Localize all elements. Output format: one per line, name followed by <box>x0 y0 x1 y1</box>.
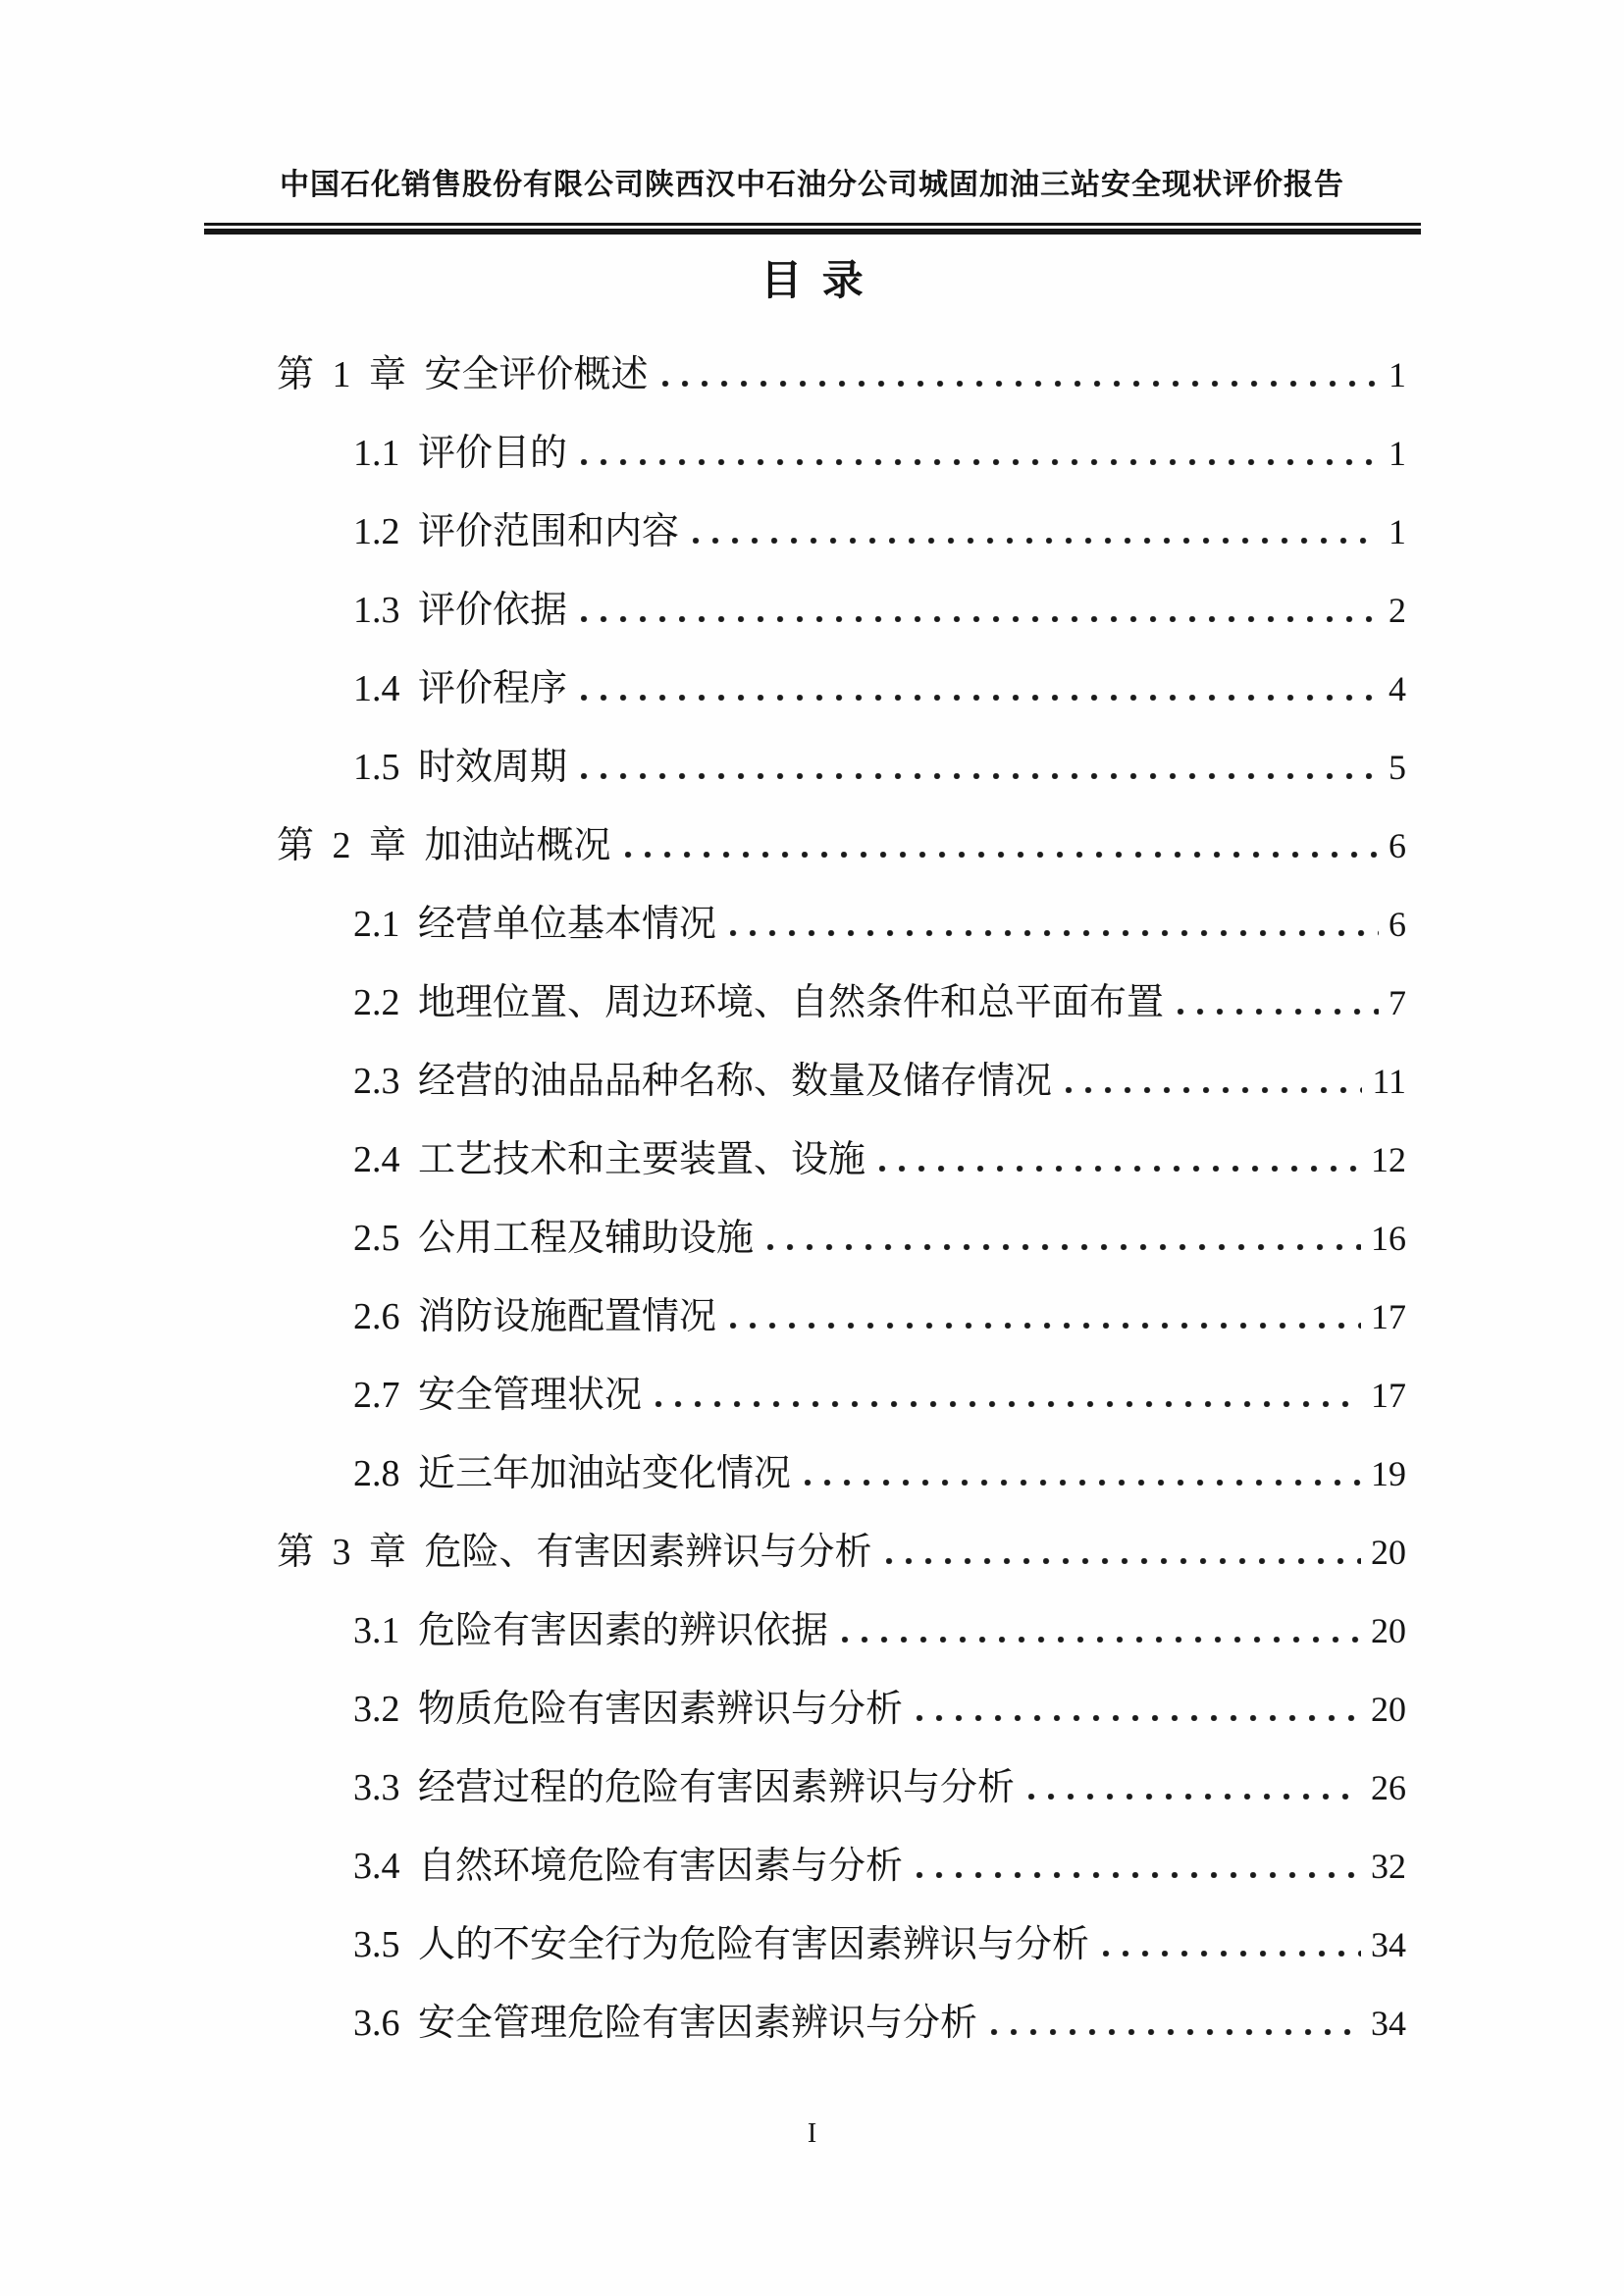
toc-entry-page: 11 <box>1372 1062 1406 1102</box>
toc-entry-label: 1.1 评价目的 <box>353 433 567 476</box>
toc-entry: 1.4 评价程序 4 <box>277 668 1406 747</box>
toc-entry-page: 6 <box>1388 826 1406 866</box>
toc-entry-label: 3.3 经营过程的危险有害因素辨识与分析 <box>353 1767 1015 1810</box>
toc-dot-leader <box>805 1480 1361 1486</box>
toc-entry: 1.5 时效周期 5 <box>277 747 1406 825</box>
toc-entry: 第 2 章 加油站概况 6 <box>277 825 1406 904</box>
toc-entry: 2.4 工艺技术和主要装置、设施 12 <box>277 1139 1406 1218</box>
toc-entry-label: 2.2 地理位置、周边环境、自然条件和总平面布置 <box>353 982 1164 1025</box>
toc-dot-leader <box>581 695 1379 701</box>
toc-entry-label: 第 3 章 危险、有害因素辨识与分析 <box>277 1532 872 1575</box>
toc-dot-leader <box>693 538 1379 544</box>
toc-entry-label: 3.6 安全管理危险有害因素辨识与分析 <box>353 2003 977 2046</box>
toc-dot-leader <box>730 1323 1361 1329</box>
toc-dot-leader <box>625 852 1379 858</box>
toc-dot-leader <box>1066 1087 1362 1093</box>
toc-entry: 2.3 经营的油品品种名称、数量及储存情况 11 <box>277 1061 1406 1139</box>
toc-entry-page: 34 <box>1371 2004 1406 2044</box>
toc-entry-page: 17 <box>1371 1376 1406 1416</box>
toc-entry: 第 1 章 安全评价概述 1 <box>277 354 1406 433</box>
toc-entry-page: 16 <box>1371 1219 1406 1259</box>
toc-entry: 3.4 自然环境危险有害因素与分析 32 <box>277 1846 1406 1924</box>
document-page: 中国石化销售股份有限公司陕西汉中石油分公司城固加油三站安全现状评价报告 目 录 … <box>0 0 1624 2296</box>
toc-entry: 1.3 评价依据 2 <box>277 590 1406 668</box>
toc-entry-label: 第 2 章 加油站概况 <box>277 825 611 868</box>
toc-entry: 第 3 章 危险、有害因素辨识与分析 20 <box>277 1532 1406 1610</box>
toc-list: 第 1 章 安全评价概述 1 1.1 评价目的 1 1.2 评价范围和内容 1 … <box>277 354 1406 2081</box>
toc-dot-leader <box>917 1715 1361 1721</box>
toc-entry-page: 32 <box>1371 1847 1406 1887</box>
toc-entry-label: 2.3 经营的油品品种名称、数量及储存情况 <box>353 1061 1052 1104</box>
toc-entry-page: 5 <box>1388 748 1406 788</box>
toc-entry-page: 34 <box>1371 1925 1406 1965</box>
toc-entry: 3.2 物质危险有害因素辨识与分析 20 <box>277 1689 1406 1767</box>
toc-entry: 3.5 人的不安全行为危险有害因素辨识与分析 34 <box>277 1924 1406 2003</box>
toc-dot-leader <box>1178 1009 1379 1015</box>
toc-entry-page: 7 <box>1388 983 1406 1023</box>
toc-entry-label: 2.1 经营单位基本情况 <box>353 904 716 947</box>
toc-entry-label: 3.1 危险有害因素的辨识依据 <box>353 1610 828 1653</box>
toc-dot-leader <box>581 773 1379 779</box>
toc-entry-page: 2 <box>1388 591 1406 631</box>
toc-entry-page: 20 <box>1371 1533 1406 1573</box>
header-divider-rule <box>204 223 1421 235</box>
toc-entry-page: 20 <box>1371 1690 1406 1730</box>
toc-entry-label: 2.5 公用工程及辅助设施 <box>353 1218 754 1261</box>
toc-entry: 1.2 评价范围和内容 1 <box>277 511 1406 590</box>
toc-dot-leader <box>991 2029 1361 2035</box>
toc-entry-label: 2.4 工艺技术和主要装置、设施 <box>353 1139 865 1182</box>
toc-entry-page: 6 <box>1388 905 1406 945</box>
toc-entry-label: 1.2 评价范围和内容 <box>353 511 679 554</box>
toc-entry-page: 20 <box>1371 1611 1406 1651</box>
toc-entry: 2.8 近三年加油站变化情况 19 <box>277 1453 1406 1532</box>
toc-dot-leader <box>655 1401 1361 1407</box>
toc-dot-leader <box>730 930 1379 936</box>
toc-entry: 3.1 危险有害因素的辨识依据 20 <box>277 1610 1406 1689</box>
toc-dot-leader <box>842 1637 1361 1643</box>
toc-entry-page: 17 <box>1371 1297 1406 1337</box>
toc-entry: 3.3 经营过程的危险有害因素辨识与分析 26 <box>277 1767 1406 1846</box>
toc-dot-leader <box>879 1166 1361 1172</box>
toc-dot-leader <box>886 1558 1361 1564</box>
toc-entry: 2.1 经营单位基本情况 6 <box>277 904 1406 982</box>
toc-dot-leader <box>1103 1951 1361 1957</box>
toc-entry-label: 3.5 人的不安全行为危险有害因素辨识与分析 <box>353 1924 1089 1967</box>
toc-entry: 2.5 公用工程及辅助设施 16 <box>277 1218 1406 1296</box>
toc-entry-label: 3.4 自然环境危险有害因素与分析 <box>353 1846 903 1889</box>
toc-entry-label: 3.2 物质危险有害因素辨识与分析 <box>353 1689 903 1732</box>
report-title-header: 中国石化销售股份有限公司陕西汉中石油分公司城固加油三站安全现状评价报告 <box>0 0 1624 203</box>
toc-entry: 2.6 消防设施配置情况 17 <box>277 1296 1406 1375</box>
toc-dot-leader <box>767 1244 1361 1250</box>
toc-entry: 2.7 安全管理状况 17 <box>277 1375 1406 1453</box>
toc-entry-label: 2.8 近三年加油站变化情况 <box>353 1453 791 1496</box>
toc-entry-label: 2.6 消防设施配置情况 <box>353 1296 716 1339</box>
toc-entry-page: 26 <box>1371 1768 1406 1808</box>
toc-dot-leader <box>581 459 1379 465</box>
page-title: 目 录 <box>0 258 1624 305</box>
toc-entry: 3.6 安全管理危险有害因素辨识与分析 34 <box>277 2003 1406 2081</box>
toc-dot-leader <box>917 1872 1361 1878</box>
toc-entry-page: 1 <box>1388 355 1406 395</box>
toc-dot-leader <box>1028 1794 1361 1800</box>
toc-entry-page: 1 <box>1388 434 1406 474</box>
toc-entry-page: 12 <box>1371 1140 1406 1180</box>
toc-dot-leader <box>581 616 1379 622</box>
toc-entry-page: 1 <box>1388 512 1406 552</box>
toc-entry: 2.2 地理位置、周边环境、自然条件和总平面布置 7 <box>277 982 1406 1061</box>
toc-entry-label: 2.7 安全管理状况 <box>353 1375 642 1418</box>
toc-entry: 1.1 评价目的 1 <box>277 433 1406 511</box>
toc-entry-label: 1.5 时效周期 <box>353 747 567 790</box>
footer-page-number: I <box>0 2118 1624 2150</box>
toc-entry-label: 1.4 评价程序 <box>353 668 567 711</box>
toc-entry-page: 19 <box>1371 1454 1406 1494</box>
toc-entry-label: 第 1 章 安全评价概述 <box>277 354 649 397</box>
toc-entry-label: 1.3 评价依据 <box>353 590 567 633</box>
toc-entry-page: 4 <box>1388 669 1406 709</box>
toc-dot-leader <box>662 381 1379 387</box>
